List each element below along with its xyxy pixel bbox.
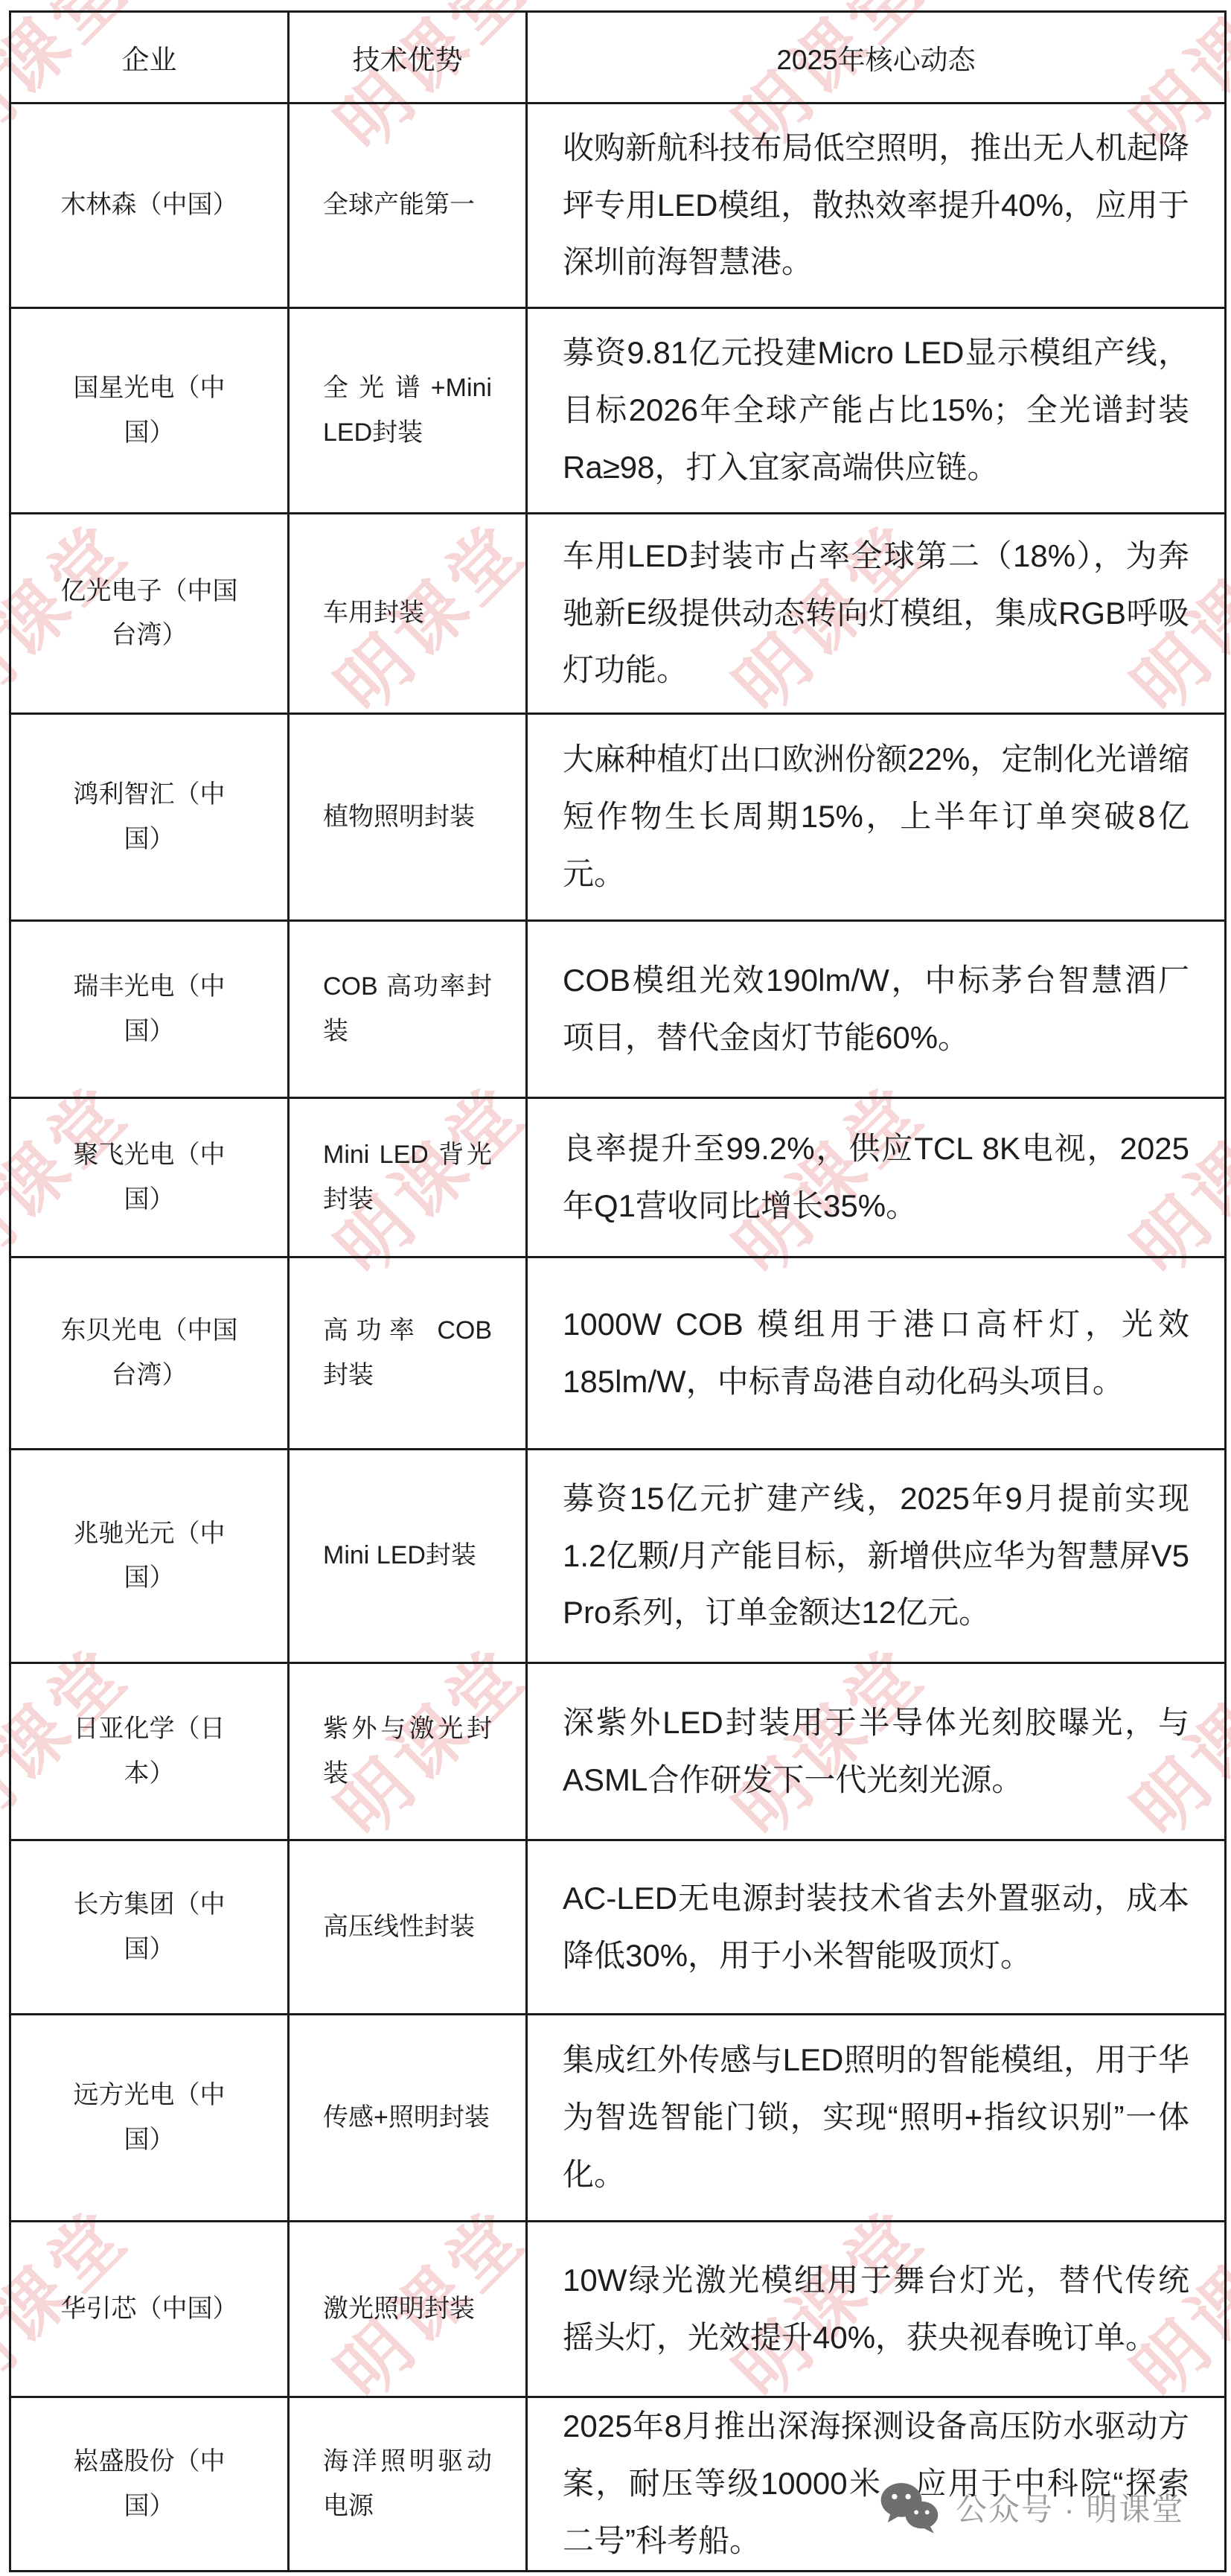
footer: 公众号 · 明课堂 xyxy=(878,2479,1184,2536)
table-row: 鸿利智汇（中国） 植物照明封装 大麻种植灯出口欧洲份额22%，定制化光谱缩短作物… xyxy=(10,714,1226,921)
company-cell: 木林森（中国） xyxy=(10,103,289,308)
wechat-icon xyxy=(878,2479,941,2536)
update-cell: 10W绿光激光模组用于舞台灯光，替代传统摇头灯，光效提升40%，获央视春晚订单。 xyxy=(527,2222,1226,2397)
led-companies-table: 企业 技术优势 2025年核心动态 木林森（中国） 全球产能第一 收购新航科技布… xyxy=(9,10,1227,2572)
column-header-company: 企业 xyxy=(10,12,289,103)
header-row: 企业 技术优势 2025年核心动态 xyxy=(10,12,1226,103)
advantage-cell: 全光谱+Mini LED封装 xyxy=(289,308,527,514)
update-cell: 大麻种植灯出口欧洲份额22%，定制化光谱缩短作物生长周期15%，上半年订单突破8… xyxy=(527,714,1226,921)
update-cell: 募资9.81亿元投建Micro LED显示模组产线，目标2026年全球产能占比1… xyxy=(527,308,1226,514)
advantage-cell: COB 高功率封装 xyxy=(289,921,527,1098)
company-cell: 远方光电（中国） xyxy=(10,2015,289,2222)
advantage-cell: 传感+照明封装 xyxy=(289,2015,527,2222)
table-row: 木林森（中国） 全球产能第一 收购新航科技布局低空照明，推出无人机起降坪专用LE… xyxy=(10,103,1226,308)
advantage-cell: 海洋照明驱动电源 xyxy=(289,2397,527,2572)
column-header-advantage: 技术优势 xyxy=(289,12,527,103)
company-cell: 鸿利智汇（中国） xyxy=(10,714,289,921)
update-cell: 集成红外传感与LED照明的智能模组，用于华为智选智能门锁，实现“照明+指纹识别”… xyxy=(527,2015,1226,2222)
update-cell: AC-LED无电源封装技术省去外置驱动，成本降低30%，用于小米智能吸顶灯。 xyxy=(527,1840,1226,2015)
advantage-cell: 高功率 COB 封装 xyxy=(289,1257,527,1450)
advantage-cell: Mini LED封装 xyxy=(289,1450,527,1663)
update-cell: 收购新航科技布局低空照明，推出无人机起降坪专用LED模组，散热效率提升40%，应… xyxy=(527,103,1226,308)
update-cell: 募资15亿元扩建产线，2025年9月提前实现1.2亿颗/月产能目标，新增供应华为… xyxy=(527,1450,1226,1663)
company-cell: 聚飞光电（中国） xyxy=(10,1098,289,1257)
table-row: 亿光电子（中国台湾） 车用封装 车用LED封装市占率全球第二（18%），为奔驰新… xyxy=(10,514,1226,714)
company-cell: 日亚化学（日本） xyxy=(10,1663,289,1840)
table-row: 聚飞光电（中国） Mini LED 背光封装 良率提升至99.2%，供应TCL … xyxy=(10,1098,1226,1257)
table-row: 瑞丰光电（中国） COB 高功率封装 COB模组光效190lm/W，中标茅台智慧… xyxy=(10,921,1226,1098)
table-row: 兆驰光元（中国） Mini LED封装 募资15亿元扩建产线，2025年9月提前… xyxy=(10,1450,1226,1663)
table-row: 东贝光电（中国台湾） 高功率 COB 封装 1000W COB 模组用于港口高杆… xyxy=(10,1257,1226,1450)
advantage-cell: 高压线性封装 xyxy=(289,1840,527,2015)
table-row: 长方集团（中国） 高压线性封装 AC-LED无电源封装技术省去外置驱动，成本降低… xyxy=(10,1840,1226,2015)
advantage-cell: Mini LED 背光封装 xyxy=(289,1098,527,1257)
company-cell: 崧盛股份（中国） xyxy=(10,2397,289,2572)
company-cell: 瑞丰光电（中国） xyxy=(10,921,289,1098)
company-cell: 亿光电子（中国台湾） xyxy=(10,514,289,714)
company-cell: 华引芯（中国） xyxy=(10,2222,289,2397)
advantage-cell: 车用封装 xyxy=(289,514,527,714)
footer-label: 公众号 · 明课堂 xyxy=(956,2485,1184,2530)
advantage-cell: 植物照明封装 xyxy=(289,714,527,921)
company-cell: 长方集团（中国） xyxy=(10,1840,289,2015)
company-cell: 东贝光电（中国台湾） xyxy=(10,1257,289,1450)
table-row: 国星光电（中国） 全光谱+Mini LED封装 募资9.81亿元投建Micro … xyxy=(10,308,1226,514)
update-cell: 1000W COB 模组用于港口高杆灯，光效185lm/W，中标青岛港自动化码头… xyxy=(527,1257,1226,1450)
table-row: 华引芯（中国） 激光照明封装 10W绿光激光模组用于舞台灯光，替代传统摇头灯，光… xyxy=(10,2222,1226,2397)
table-row: 日亚化学（日本） 紫外与激光封装 深紫外LED封装用于半导体光刻胶曝光，与ASM… xyxy=(10,1663,1226,1840)
advantage-cell: 全球产能第一 xyxy=(289,103,527,308)
advantage-cell: 紫外与激光封装 xyxy=(289,1663,527,1840)
update-cell: 深紫外LED封装用于半导体光刻胶曝光，与ASML合作研发下一代光刻光源。 xyxy=(527,1663,1226,1840)
company-cell: 国星光电（中国） xyxy=(10,308,289,514)
update-cell: 车用LED封装市占率全球第二（18%），为奔驰新E级提供动态转向灯模组，集成RG… xyxy=(527,514,1226,714)
update-cell: 良率提升至99.2%，供应TCL 8K电视，2025年Q1营收同比增长35%。 xyxy=(527,1098,1226,1257)
table-row: 远方光电（中国） 传感+照明封装 集成红外传感与LED照明的智能模组，用于华为智… xyxy=(10,2015,1226,2222)
column-header-update: 2025年核心动态 xyxy=(527,12,1226,103)
advantage-cell: 激光照明封装 xyxy=(289,2222,527,2397)
company-cell: 兆驰光元（中国） xyxy=(10,1450,289,1663)
update-cell: COB模组光效190lm/W，中标茅台智慧酒厂项目，替代金卤灯节能60%。 xyxy=(527,921,1226,1098)
